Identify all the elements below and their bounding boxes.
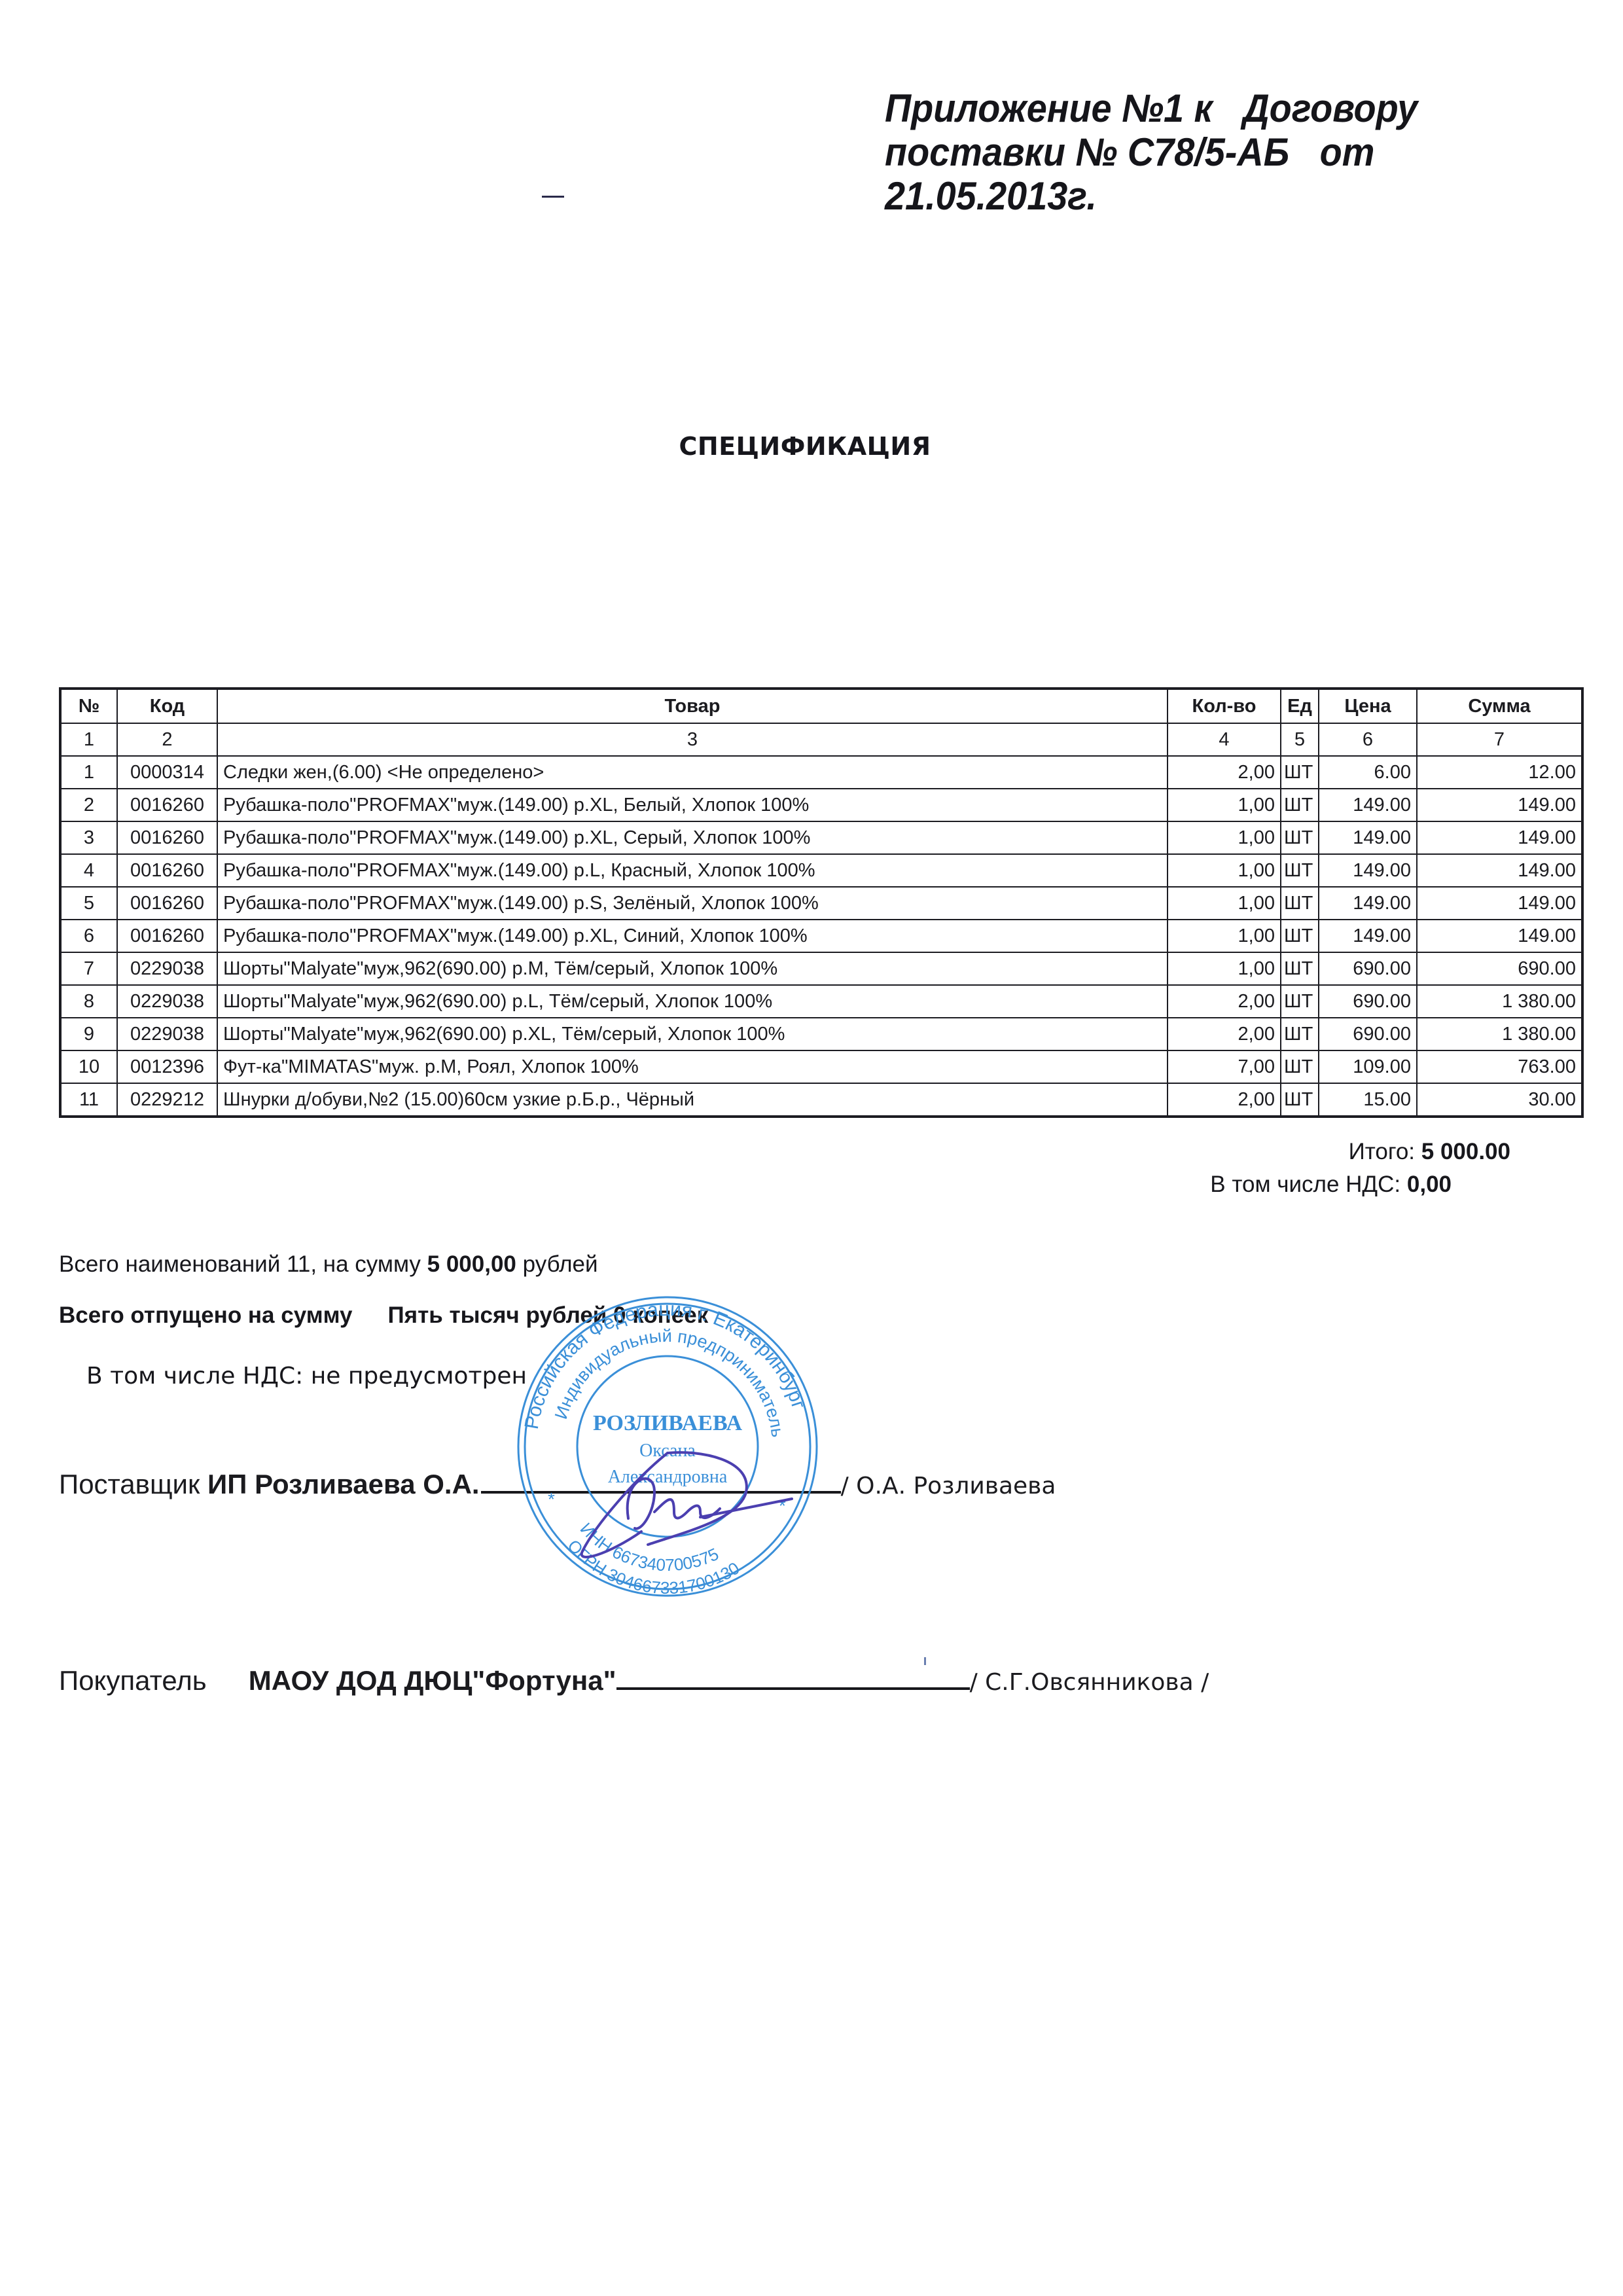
product-code: 0229212 — [117, 1083, 217, 1117]
row-number: 4 — [60, 854, 117, 887]
row-number: 3 — [60, 821, 117, 854]
table-row: 60016260Рубашка-поло"PROFMAX"муж.(149.00… — [60, 920, 1582, 952]
stamp-center-line-1: РОЗЛИВАЕВА — [593, 1411, 743, 1435]
quantity: 1,00 — [1168, 854, 1281, 887]
row-number: 1 — [60, 756, 117, 789]
line-sum: 149.00 — [1417, 887, 1582, 920]
table-row: 80229038Шорты"Malyate"муж,962(690.00) р.… — [60, 985, 1582, 1018]
document-title: СПЕЦИФИКАЦИЯ — [0, 432, 1610, 461]
vat-total-label: В том числе НДС: — [1210, 1172, 1400, 1197]
supplier-name: ИП Розливаева О.А. — [207, 1469, 480, 1499]
product-name: Рубашка-поло"PROFMAX"муж.(149.00) р.S, З… — [217, 887, 1168, 920]
price: 149.00 — [1319, 821, 1417, 854]
line-sum: 149.00 — [1417, 920, 1582, 952]
buyer-signature-row: ПокупательМАОУ ДОД ДЮЦ"Фортуна"/ С.Г.Овс… — [59, 1664, 1209, 1696]
appendix-line-1: Приложение №1 к Договору — [885, 86, 1493, 130]
vat-note: В том числе НДС: не предусмотрен — [86, 1363, 527, 1390]
vat-total-line: В том числе НДС: 0,00 — [1210, 1172, 1452, 1198]
product-code: 0016260 — [117, 821, 217, 854]
summary-words-label: Всего отпущено на сумму — [59, 1302, 353, 1328]
quantity: 2,00 — [1168, 1018, 1281, 1050]
column-number: 3 — [217, 723, 1168, 756]
summary-count-line: Всего наименований 11, на сумму 5 000,00… — [59, 1251, 598, 1278]
row-number: 2 — [60, 789, 117, 821]
table-row: 30016260Рубашка-поло"PROFMAX"муж.(149.00… — [60, 821, 1582, 854]
line-sum: 690.00 — [1417, 952, 1582, 985]
line-sum: 30.00 — [1417, 1083, 1582, 1117]
line-sum: 12.00 — [1417, 756, 1582, 789]
column-number: 1 — [60, 723, 117, 756]
column-number: 4 — [1168, 723, 1281, 756]
supplier-signatory: / О.А. Розливаева — [841, 1473, 1056, 1499]
row-number: 5 — [60, 887, 117, 920]
unit: ШТ — [1281, 952, 1319, 985]
quantity: 1,00 — [1168, 887, 1281, 920]
product-name: Шорты"Malyate"муж,962(690.00) р.M, Тём/с… — [217, 952, 1168, 985]
buyer-signatory: / С.Г.Овсянникова / — [970, 1669, 1209, 1696]
table-row: 10000314Следки жен,(6.00) <Не определено… — [60, 756, 1582, 789]
quantity: 1,00 — [1168, 821, 1281, 854]
buyer-label: Покупатель — [59, 1665, 207, 1696]
total-label: Итого: — [1349, 1139, 1415, 1164]
column-number: 7 — [1417, 723, 1582, 756]
header-sum: Сумма — [1417, 689, 1582, 723]
column-number: 5 — [1281, 723, 1319, 756]
table-row: 110229212Шнурки д/обуви,№2 (15.00)60см у… — [60, 1083, 1582, 1117]
vat-total-value: 0,00 — [1407, 1172, 1452, 1197]
product-code: 0000314 — [117, 756, 217, 789]
product-name: Рубашка-поло"PROFMAX"муж.(149.00) р.L, К… — [217, 854, 1168, 887]
table-row: 20016260Рубашка-поло"PROFMAX"муж.(149.00… — [60, 789, 1582, 821]
unit: ШТ — [1281, 789, 1319, 821]
row-number: 11 — [60, 1083, 117, 1117]
table-row: 40016260Рубашка-поло"PROFMAX"муж.(149.00… — [60, 854, 1582, 887]
table-row: 70229038Шорты"Malyate"муж,962(690.00) р.… — [60, 952, 1582, 985]
product-code: 0016260 — [117, 887, 217, 920]
row-number: 6 — [60, 920, 117, 952]
header-number: № — [60, 689, 117, 723]
line-sum: 1 380.00 — [1417, 1018, 1582, 1050]
price: 149.00 — [1319, 920, 1417, 952]
product-name: Фут-ка"MIMATAS"муж. р.M, Роял, Хлопок 10… — [217, 1050, 1168, 1083]
supplier-signature-icon — [569, 1440, 805, 1571]
total-value: 5 000.00 — [1421, 1139, 1510, 1164]
product-code: 0016260 — [117, 854, 217, 887]
product-name: Рубашка-поло"PROFMAX"муж.(149.00) р.XL, … — [217, 789, 1168, 821]
row-number: 7 — [60, 952, 117, 985]
table-row: 90229038Шорты"Malyate"муж,962(690.00) р.… — [60, 1018, 1582, 1050]
product-code: 0229038 — [117, 985, 217, 1018]
quantity: 2,00 — [1168, 985, 1281, 1018]
price: 15.00 — [1319, 1083, 1417, 1117]
row-number: 10 — [60, 1050, 117, 1083]
product-name: Рубашка-поло"PROFMAX"муж.(149.00) р.XL, … — [217, 821, 1168, 854]
column-number: 2 — [117, 723, 217, 756]
product-name: Рубашка-поло"PROFMAX"муж.(149.00) р.XL, … — [217, 920, 1168, 952]
total-line: Итого: 5 000.00 — [1349, 1139, 1510, 1165]
table-row: 100012396Фут-ка"MIMATAS"муж. р.M, Роял, … — [60, 1050, 1582, 1083]
price: 690.00 — [1319, 1018, 1417, 1050]
unit: ШТ — [1281, 854, 1319, 887]
price: 149.00 — [1319, 887, 1417, 920]
unit: ШТ — [1281, 920, 1319, 952]
svg-text:*: * — [548, 1489, 555, 1509]
buyer-name: МАОУ ДОД ДЮЦ"Фортуна" — [249, 1665, 616, 1696]
unit: ШТ — [1281, 1083, 1319, 1117]
summary-count-prefix: Всего наименований 11, на сумму — [59, 1251, 421, 1277]
line-sum: 149.00 — [1417, 789, 1582, 821]
table-header-row: № Код Товар Кол-во Ед Цена Сумма — [60, 689, 1582, 723]
unit: ШТ — [1281, 1050, 1319, 1083]
product-code: 0229038 — [117, 1018, 217, 1050]
line-sum: 1 380.00 — [1417, 985, 1582, 1018]
quantity: 1,00 — [1168, 952, 1281, 985]
product-name: Шнурки д/обуви,№2 (15.00)60см узкие р.Б.… — [217, 1083, 1168, 1117]
price: 690.00 — [1319, 952, 1417, 985]
unit: ШТ — [1281, 756, 1319, 789]
unit: ШТ — [1281, 985, 1319, 1018]
appendix-header: Приложение №1 к Договору поставки № С78/… — [885, 86, 1493, 218]
header-code: Код — [117, 689, 217, 723]
line-sum: 763.00 — [1417, 1050, 1582, 1083]
table-row: 50016260Рубашка-поло"PROFMAX"муж.(149.00… — [60, 887, 1582, 920]
price: 6.00 — [1319, 756, 1417, 789]
header-unit: Ед — [1281, 689, 1319, 723]
price: 690.00 — [1319, 985, 1417, 1018]
price: 149.00 — [1319, 789, 1417, 821]
appendix-line-3: 21.05.2013г. — [885, 174, 1493, 218]
product-code: 0229038 — [117, 952, 217, 985]
header-quantity: Кол-во — [1168, 689, 1281, 723]
line-sum: 149.00 — [1417, 854, 1582, 887]
header-item: Товар — [217, 689, 1168, 723]
quantity: 7,00 — [1168, 1050, 1281, 1083]
quantity: 1,00 — [1168, 789, 1281, 821]
product-code: 0012396 — [117, 1050, 217, 1083]
price: 109.00 — [1319, 1050, 1417, 1083]
unit: ШТ — [1281, 887, 1319, 920]
buyer-signature-line — [616, 1664, 970, 1690]
summary-count-suffix: рублей — [523, 1251, 598, 1277]
product-name: Шорты"Malyate"муж,962(690.00) р.XL, Тём/… — [217, 1018, 1168, 1050]
column-number: 6 — [1319, 723, 1417, 756]
quantity: 2,00 — [1168, 1083, 1281, 1117]
unit: ШТ — [1281, 1018, 1319, 1050]
quantity: 1,00 — [1168, 920, 1281, 952]
appendix-line-2: поставки № С78/5-АБ от — [885, 130, 1493, 174]
quantity: 2,00 — [1168, 756, 1281, 789]
supplier-label: Поставщик — [59, 1469, 200, 1499]
unit: ШТ — [1281, 821, 1319, 854]
column-number-row: 1 2 3 4 5 6 7 — [60, 723, 1582, 756]
row-number: 9 — [60, 1018, 117, 1050]
product-name: Следки жен,(6.00) <Не определено> — [217, 756, 1168, 789]
scan-artifact — [924, 1657, 926, 1665]
line-sum: 149.00 — [1417, 821, 1582, 854]
product-code: 0016260 — [117, 789, 217, 821]
specification-table: № Код Товар Кол-во Ед Цена Сумма 1 2 3 4… — [59, 687, 1584, 1118]
product-code: 0016260 — [117, 920, 217, 952]
price: 149.00 — [1319, 854, 1417, 887]
product-name: Шорты"Malyate"муж,962(690.00) р.L, Тём/с… — [217, 985, 1168, 1018]
header-price: Цена — [1319, 689, 1417, 723]
row-number: 8 — [60, 985, 117, 1018]
scan-artifact — [542, 196, 564, 198]
summary-count-amount: 5 000,00 — [427, 1251, 516, 1277]
